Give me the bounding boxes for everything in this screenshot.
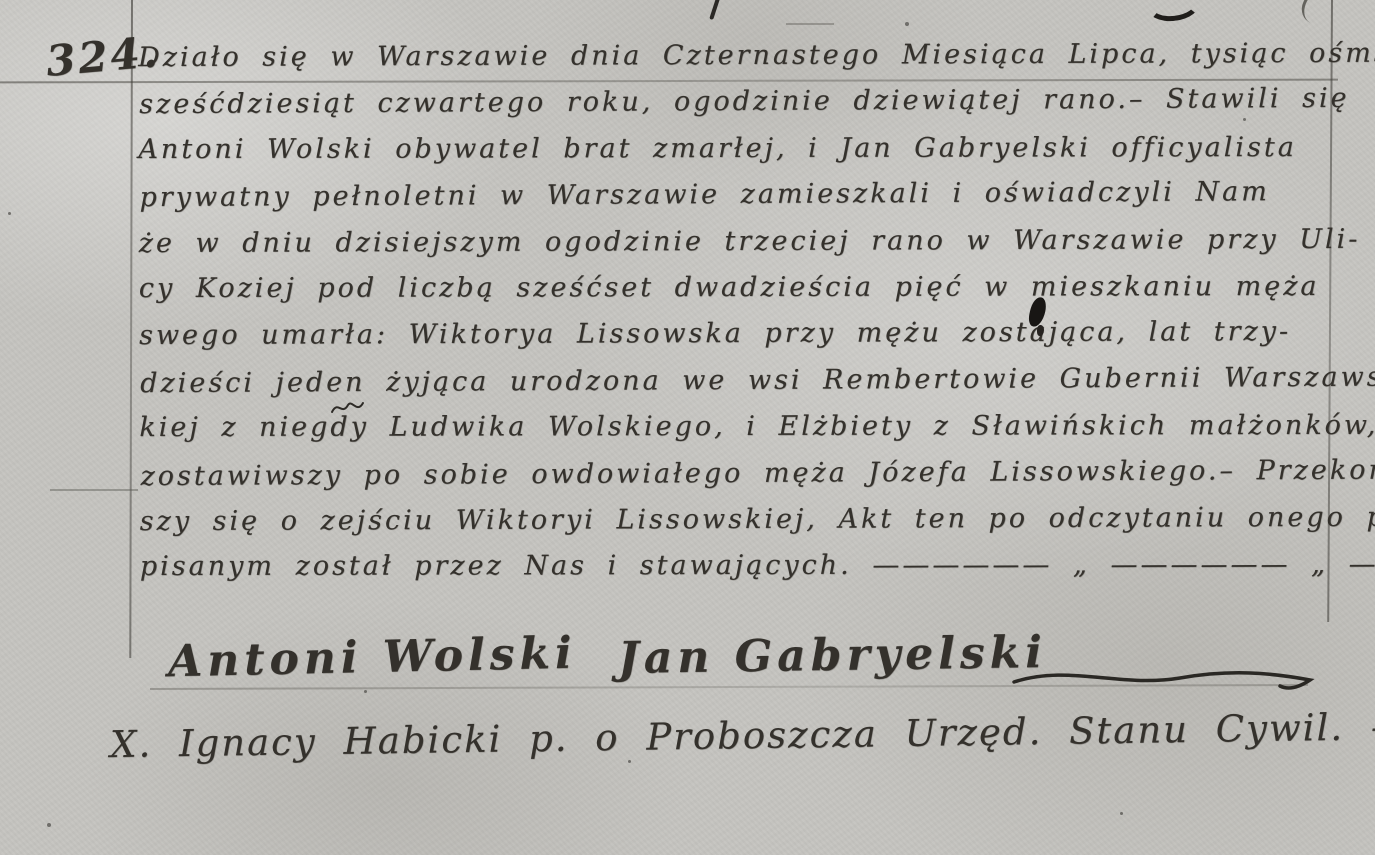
paper-speck bbox=[218, 560, 221, 563]
record-text-line: Działo się w Warszawie dnia Czternastego… bbox=[138, 38, 1334, 89]
paper-speck bbox=[364, 690, 367, 693]
record-text-line: pisanym został przez Nas i stawających. … bbox=[140, 549, 1336, 597]
record-text-line: szy się o zejściu Wiktoryi Lissowskiej, … bbox=[140, 502, 1336, 553]
record-text-line: swego umarła: Wiktorya Lissowska przy mę… bbox=[139, 316, 1335, 367]
record-text-line: Antoni Wolski obywatel brat zmarłej, i J… bbox=[138, 132, 1334, 180]
document-scan: 324. Działo się w Warszawie dnia Czterna… bbox=[0, 0, 1375, 855]
margin-rule-vertical-left bbox=[129, 0, 133, 658]
record-body: Działo się w Warszawie dnia Czternastego… bbox=[138, 38, 1336, 599]
record-text-line: zostawiwszy po sobie owdowiałego męża Jó… bbox=[140, 454, 1336, 507]
official-signature: X. Ignacy Habicki p. o Proboszcza Urzęd.… bbox=[110, 705, 1375, 766]
paper-speck bbox=[1243, 118, 1246, 121]
top-edge-ink-fragment bbox=[1144, 0, 1201, 24]
record-text-line: że w dniu dzisiejszym ogodzinie trzeciej… bbox=[139, 223, 1335, 274]
paper-speck bbox=[47, 823, 51, 827]
paper-speck bbox=[628, 760, 631, 763]
record-text-line: kiej z niegdy Ludwika Wolskiego, i Elżbi… bbox=[139, 410, 1335, 458]
record-text-line: prywatny pełnoletni w Warszawie zamieszk… bbox=[139, 176, 1335, 229]
record-text-line: dzieści jeden żyjąca urodzona we wsi Rem… bbox=[140, 362, 1336, 415]
record-text-line: sześćdziesiąt czwartego roku, ogodzinie … bbox=[139, 83, 1335, 136]
signature-flourish bbox=[1008, 652, 1318, 696]
paper-speck bbox=[1120, 812, 1123, 815]
top-edge-ink-fragment bbox=[709, 0, 721, 20]
correction-scribble bbox=[330, 398, 366, 418]
left-margin-tick-line bbox=[50, 489, 138, 491]
signature-witness-antoni-wolski: Antoni Wolski bbox=[168, 628, 578, 688]
record-text-line: cy Koziej pod liczbą sześćset dwadzieści… bbox=[139, 271, 1335, 319]
paper-speck bbox=[905, 22, 909, 26]
top-edge-faint-line bbox=[786, 23, 834, 25]
paper-speck bbox=[8, 212, 11, 215]
signature-witness-jan-gabryelski: Jan Gabryelski bbox=[618, 627, 1048, 684]
